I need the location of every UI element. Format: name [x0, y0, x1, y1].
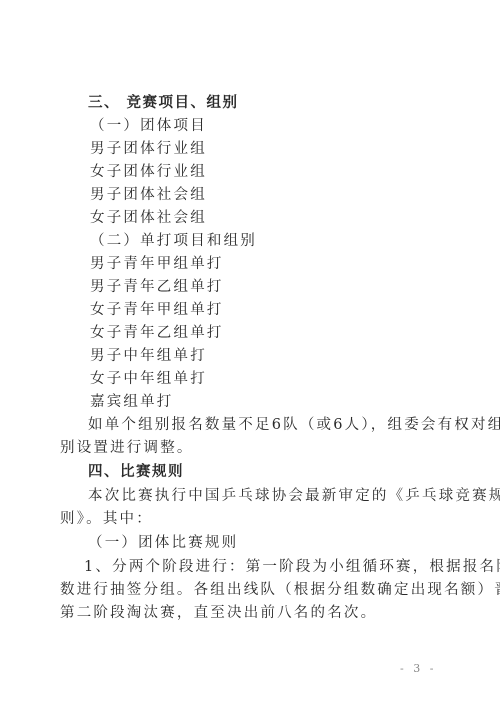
section-heading-3: 三、 竞赛项目、组别 — [88, 93, 239, 113]
note-paragraph: 如单个组别报名数量不足6队（或6人），组委会有权对组 — [88, 415, 500, 435]
list-item: 女子青年乙组单打 — [90, 323, 224, 343]
note-paragraph-cont: 别设置进行调整。 — [60, 438, 194, 458]
list-item: 男子中年组单打 — [90, 346, 207, 366]
list-item: 女子团体社会组 — [90, 208, 207, 228]
subheading-team: （一）团体项目 — [90, 116, 207, 136]
list-item: 女子中年组单打 — [90, 369, 207, 389]
list-item: 男子青年乙组单打 — [90, 277, 224, 297]
list-item: 女子青年甲组单打 — [90, 300, 224, 320]
rule-paragraph-cont: 第二阶段淘汰赛，直至决出前八名的名次。 — [60, 603, 377, 623]
page-number: - 3 - — [400, 662, 436, 675]
list-item: 女子团体行业组 — [90, 162, 207, 182]
subheading-team-rules: （一）团体比赛规则 — [88, 533, 238, 553]
rule-paragraph-cont: 数进行抽签分组。各组出线队（根据分组数确定出现名额）晋级 — [60, 580, 500, 600]
intro-paragraph: 本次比赛执行中国乒乓球协会最新审定的《乒乓球竞赛规 — [88, 486, 500, 506]
list-item: 男子团体社会组 — [90, 185, 207, 205]
list-item: 男子青年甲组单打 — [90, 254, 224, 274]
list-item: 嘉宾组单打 — [90, 392, 174, 412]
intro-paragraph-cont: 则》。其中： — [60, 509, 153, 529]
section-heading-4: 四、比赛规则 — [88, 462, 184, 482]
subheading-singles: （二）单打项目和组别 — [90, 231, 257, 251]
rule-paragraph: 1、分两个阶段进行：第一阶段为小组循环赛，根据报名队 — [84, 557, 500, 577]
list-item: 男子团体行业组 — [90, 139, 207, 159]
